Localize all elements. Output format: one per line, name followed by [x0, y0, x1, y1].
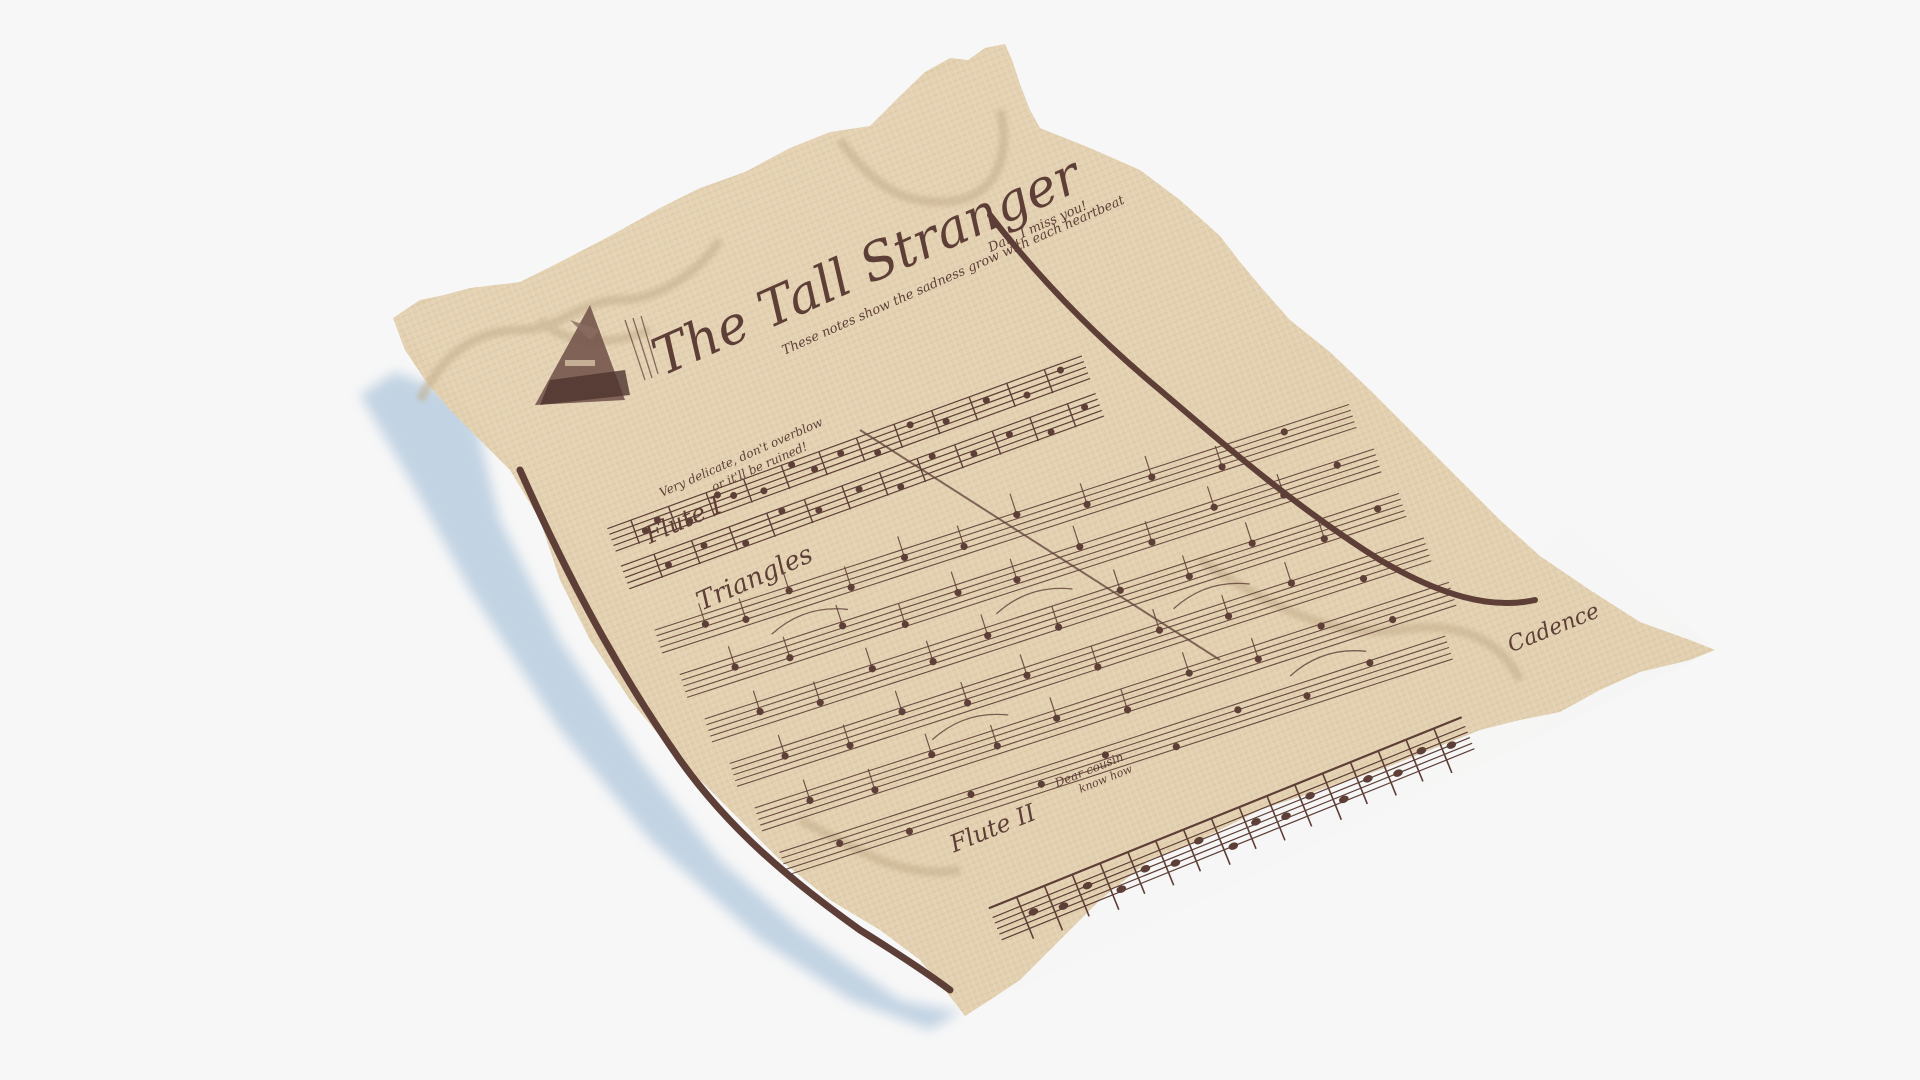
render-scene: The Tall Stranger These notes show the s… [0, 0, 1920, 1080]
